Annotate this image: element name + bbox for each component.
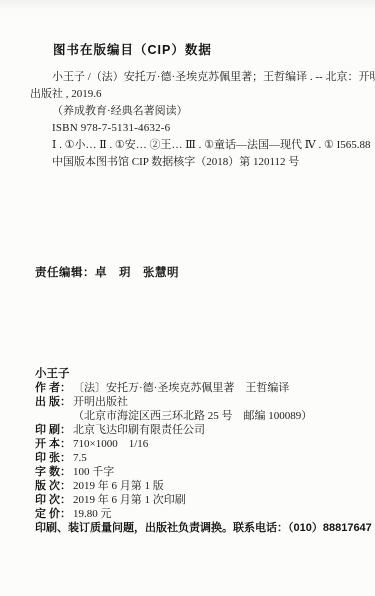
colophon-label-price: 定 价： — [35, 507, 73, 521]
colophon-value-address: （北京市海淀区西三环北路 25 号 邮编 100089） — [73, 410, 312, 422]
cip-record-number: 中国版本图书馆 CIP 数据核字（2018）第 120112 号 — [30, 154, 360, 171]
colophon-block: 小王子 作 者：〔法〕安托万·德·圣埃克苏佩里著 王哲编译 出 版：开明出版社 … — [35, 367, 365, 535]
colophon-label-sheets: 印 张： — [35, 451, 73, 465]
colophon-value-format: 710×1000 1/16 — [73, 438, 148, 450]
colophon-label-impression: 印 次： — [35, 493, 73, 507]
colophon-value-wordcount: 100 千字 — [73, 466, 114, 478]
cip-heading: 图书在版编目（CIP）数据 — [30, 40, 360, 58]
colophon-row-edition: 版 次：2019 年 6 月第 1 版 — [35, 479, 365, 493]
cip-data-block: 图书在版编目（CIP）数据 小王子 /（法）安托万·德·圣埃克苏佩里著；王哲编译… — [30, 40, 360, 171]
cip-entry-line1: 小王子 /（法）安托万·德·圣埃克苏佩里著；王哲编译 . -- 北京：开明 — [30, 69, 360, 86]
cip-series-note: （养成教育·经典名著阅读） — [30, 103, 360, 120]
colophon-row-publisher: 出 版：开明出版社 — [35, 395, 365, 409]
colophon-label-wordcount: 字 数： — [35, 465, 73, 479]
colophon-value-publisher: 开明出版社 — [73, 396, 128, 408]
colophon-row-printer: 印 刷：北京飞达印刷有限责任公司 — [35, 423, 365, 437]
colophon-row-sheets: 印 张：7.5 — [35, 451, 365, 465]
colophon-row-format: 开 本：710×1000 1/16 — [35, 437, 365, 451]
responsible-editor-names: 卓 玥 张慧明 — [95, 267, 179, 279]
colophon-value-sheets: 7.5 — [73, 452, 87, 464]
colophon-row-wordcount: 字 数：100 千字 — [35, 465, 365, 479]
book-title: 小王子 — [35, 367, 365, 381]
cip-isbn: ISBN 978-7-5131-4632-6 — [30, 120, 360, 137]
cip-entry-line2: 出版社 , 2019.6 — [30, 86, 360, 103]
colophon-label-edition: 版 次： — [35, 479, 73, 493]
colophon-value-printer: 北京飞达印刷有限责任公司 — [73, 424, 205, 436]
colophon-label-format: 开 本： — [35, 437, 73, 451]
colophon-value-impression: 2019 年 6 月第 1 次印刷 — [73, 494, 186, 506]
colophon-row-publisher-address: （北京市海淀区西三环北路 25 号 邮编 100089） — [35, 409, 365, 423]
quality-notice: 印刷、装订质量问题，出版社负责调换。联系电话：（010）88817647 — [35, 521, 365, 535]
colophon-label-printer: 印 刷： — [35, 423, 73, 437]
colophon-label-author: 作 者： — [35, 381, 73, 395]
cip-classification: Ⅰ . ①小… Ⅱ . ①安… ②王… Ⅲ . ①童话—法国—现代 Ⅳ . ① … — [30, 137, 360, 154]
colophon-row-author: 作 者：〔法〕安托万·德·圣埃克苏佩里著 王哲编译 — [35, 381, 365, 395]
colophon-row-impression: 印 次：2019 年 6 月第 1 次印刷 — [35, 493, 365, 507]
colophon-value-price: 19.80 元 — [73, 508, 112, 520]
book-copyright-page: 图书在版编目（CIP）数据 小王子 /（法）安托万·德·圣埃克苏佩里著；王哲编译… — [0, 0, 375, 596]
colophon-value-author: 〔法〕安托万·德·圣埃克苏佩里著 王哲编译 — [73, 382, 289, 394]
responsible-editor-label: 责任编辑： — [35, 267, 95, 279]
colophon-row-price: 定 价：19.80 元 — [35, 507, 365, 521]
colophon-value-edition: 2019 年 6 月第 1 版 — [73, 480, 164, 492]
responsible-editor-line: 责任编辑：卓 玥 张慧明 — [35, 264, 179, 280]
colophon-label-publisher: 出 版： — [35, 395, 73, 409]
